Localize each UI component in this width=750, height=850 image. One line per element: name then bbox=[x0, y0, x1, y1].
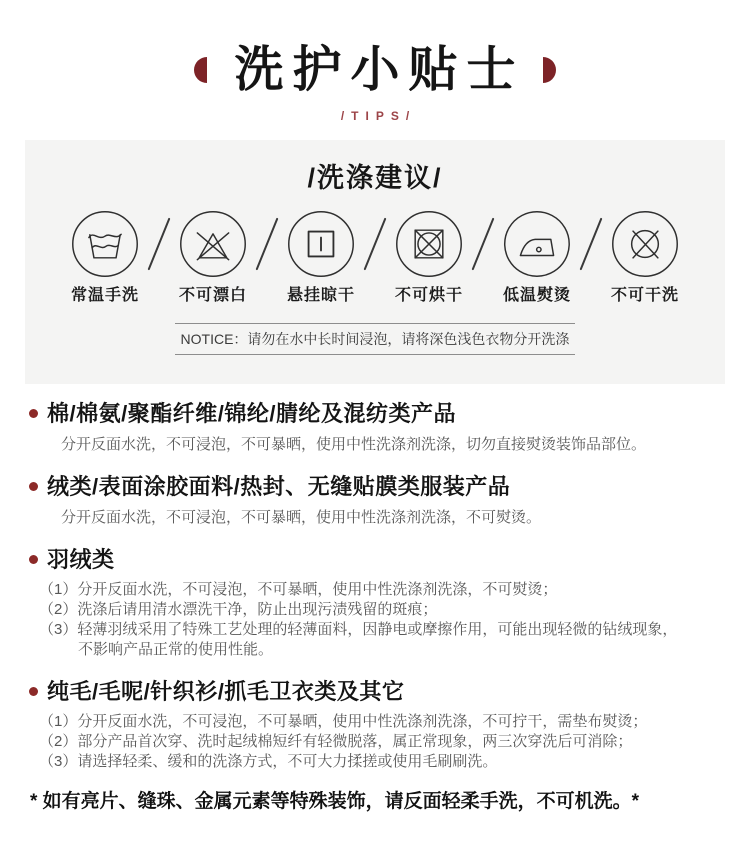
bullet-icon bbox=[29, 687, 38, 696]
low-iron-icon bbox=[502, 209, 572, 279]
section-heading: 羽绒类 bbox=[47, 547, 722, 572]
slash-separator bbox=[470, 209, 496, 279]
section-line: 分开反面水洗，不可浸泡，不可暴晒，使用中性洗涤剂洗涤，不可熨烫。 bbox=[61, 508, 722, 528]
section-wool-knit: 纯毛/毛呢/针织衫/抓毛卫衣类及其它 （1）分开反面水洗，不可浸泡，不可暴晒，使… bbox=[29, 679, 722, 772]
bullet-icon bbox=[29, 555, 38, 564]
no-dry-clean-icon bbox=[610, 209, 680, 279]
title-accent-left-icon bbox=[194, 57, 207, 83]
no-bleach-icon bbox=[178, 209, 248, 279]
section-line: （2）洗涤后请用清水漂洗干净，防止出现污渍残留的斑痕； bbox=[39, 600, 722, 620]
section-heading: 棉/棉氨/聚酯纤维/锦纶/腈纶及混纺类产品 bbox=[47, 401, 722, 426]
bullet-icon bbox=[29, 482, 38, 491]
bullet-icon bbox=[29, 409, 38, 418]
hand-wash-icon bbox=[70, 209, 140, 279]
title-row: 洗护小贴士 bbox=[0, 45, 750, 95]
care-label: 低温熨烫 bbox=[503, 287, 571, 305]
care-item-hang-dry: 悬挂晾干 bbox=[280, 209, 362, 305]
care-sections: 棉/棉氨/聚酯纤维/锦纶/腈纶及混纺类产品 分开反面水洗，不可浸泡，不可暴晒，使… bbox=[0, 401, 750, 772]
slash-separator bbox=[146, 209, 172, 279]
care-item-no-tumble-dry: 不可烘干 bbox=[388, 209, 470, 305]
wash-advice-panel: /洗涤建议/ 常温手洗 bbox=[25, 140, 725, 384]
section-heading: 绒类/表面涂胶面料/热封、无缝贴膜类服装产品 bbox=[47, 474, 722, 499]
care-icons-row: 常温手洗 不可漂白 悬挂晾 bbox=[25, 209, 725, 305]
section-line: （3）轻薄羽绒采用了特殊工艺处理的轻薄面料，因静电或摩擦作用，可能出现轻微的钻绒… bbox=[39, 620, 722, 660]
care-item-no-bleach: 不可漂白 bbox=[172, 209, 254, 305]
tips-subtitle: /TIPS/ bbox=[0, 109, 750, 123]
section-cotton-blend: 棉/棉氨/聚酯纤维/锦纶/腈纶及混纺类产品 分开反面水洗，不可浸泡，不可暴晒，使… bbox=[29, 401, 722, 455]
section-down: 羽绒类 （1）分开反面水洗，不可浸泡，不可暴晒，使用中性洗涤剂洗涤，不可熨烫； … bbox=[29, 547, 722, 660]
section-body: 分开反面水洗，不可浸泡，不可暴晒，使用中性洗涤剂洗涤，切勿直接熨烫装饰品部位。 bbox=[29, 435, 722, 455]
care-item-no-dry-clean: 不可干洗 bbox=[604, 209, 686, 305]
section-body: （1）分开反面水洗，不可浸泡，不可暴晒，使用中性洗涤剂洗涤，不可拧干，需垫布熨烫… bbox=[29, 712, 722, 772]
care-label: 悬挂晾干 bbox=[287, 287, 355, 305]
care-label: 常温手洗 bbox=[71, 287, 139, 305]
special-decoration-note: * 如有亮片、缝珠、金属元素等特殊装饰，请反面轻柔手洗，不可机洗。* bbox=[30, 790, 722, 850]
no-tumble-dry-icon bbox=[394, 209, 464, 279]
title-accent-right-icon bbox=[543, 57, 556, 83]
care-item-hand-wash: 常温手洗 bbox=[64, 209, 146, 305]
care-label: 不可漂白 bbox=[179, 287, 247, 305]
page-header: 洗护小贴士 /TIPS/ bbox=[0, 0, 750, 123]
hang-dry-icon bbox=[286, 209, 356, 279]
section-velvet-coated: 绒类/表面涂胶面料/热封、无缝贴膜类服装产品 分开反面水洗，不可浸泡，不可暴晒，… bbox=[29, 474, 722, 528]
care-item-low-iron: 低温熨烫 bbox=[496, 209, 578, 305]
section-line: （2）部分产品首次穿、洗时起绒棉短纤有轻微脱落，属正常现象，两三次穿洗后可消除； bbox=[39, 732, 722, 752]
section-body: （1）分开反面水洗，不可浸泡，不可暴晒，使用中性洗涤剂洗涤，不可熨烫； （2）洗… bbox=[29, 580, 722, 660]
wash-advice-heading: /洗涤建议/ bbox=[25, 164, 725, 192]
section-body: 分开反面水洗，不可浸泡，不可暴晒，使用中性洗涤剂洗涤，不可熨烫。 bbox=[29, 508, 722, 528]
section-line: （3）请选择轻柔、缓和的洗涤方式，不可大力揉搓或使用毛刷刷洗。 bbox=[39, 752, 722, 772]
slash-separator bbox=[578, 209, 604, 279]
slash-separator bbox=[362, 209, 388, 279]
care-label: 不可烘干 bbox=[395, 287, 463, 305]
section-line: （1）分开反面水洗，不可浸泡，不可暴晒，使用中性洗涤剂洗涤，不可熨烫； bbox=[39, 580, 722, 600]
section-heading: 纯毛/毛呢/针织衫/抓毛卫衣类及其它 bbox=[47, 679, 722, 704]
section-line: 分开反面水洗，不可浸泡，不可暴晒，使用中性洗涤剂洗涤，切勿直接熨烫装饰品部位。 bbox=[61, 435, 722, 455]
section-line: （1）分开反面水洗，不可浸泡，不可暴晒，使用中性洗涤剂洗涤，不可拧干，需垫布熨烫… bbox=[39, 712, 722, 732]
slash-separator bbox=[254, 209, 280, 279]
page-title: 洗护小贴士 bbox=[225, 45, 524, 95]
notice-bar: NOTICE：请勿在水中长时间浸泡，请将深色浅色衣物分开洗涤 bbox=[175, 323, 575, 355]
notice-text: NOTICE：请勿在水中长时间浸泡，请将深色浅色衣物分开洗涤 bbox=[179, 331, 571, 347]
care-label: 不可干洗 bbox=[611, 287, 679, 305]
